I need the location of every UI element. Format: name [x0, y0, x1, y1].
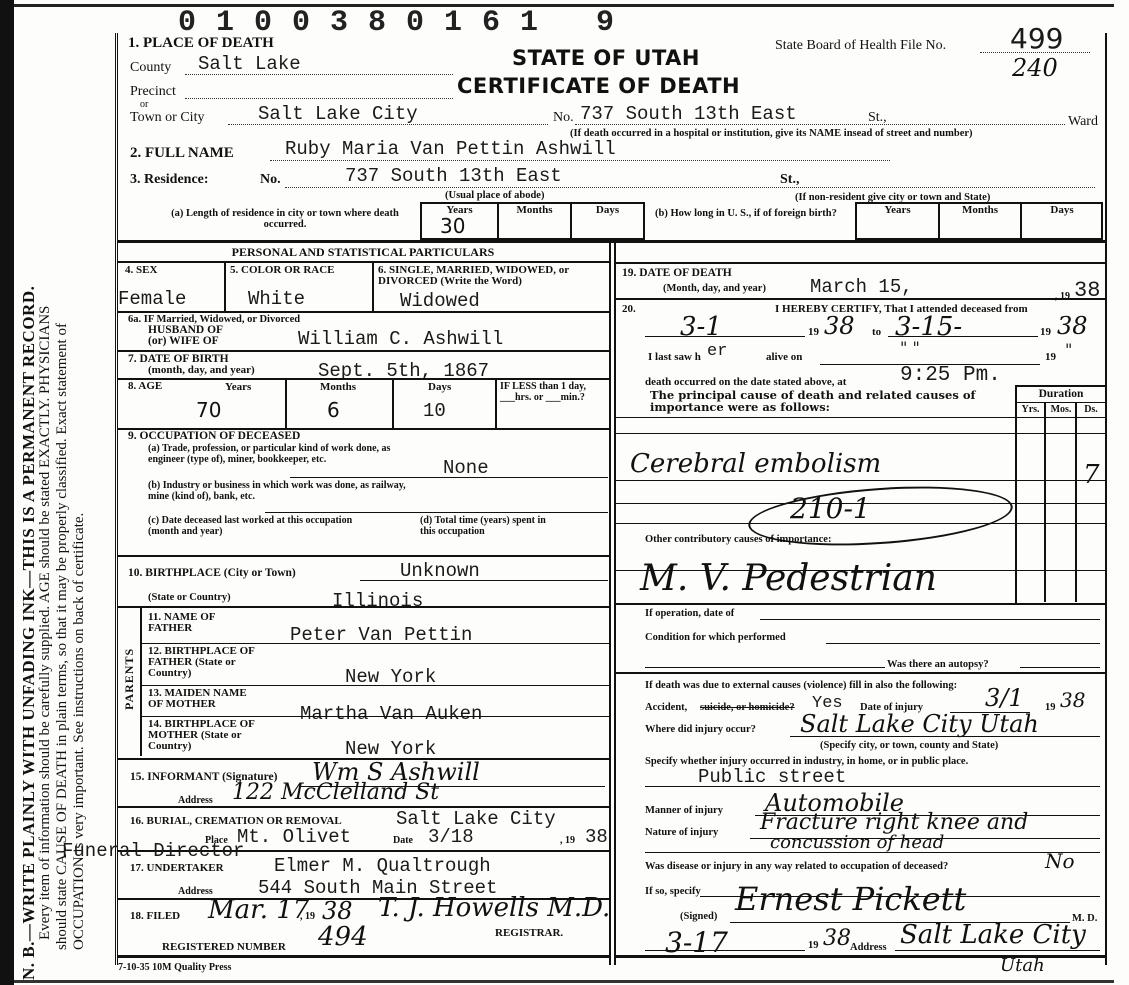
filed-year-prefix: , 19 [300, 911, 315, 922]
occupation-related-value: No [1045, 849, 1075, 873]
birthplace-label: 10. BIRTHPLACE (City or Town) [128, 568, 296, 579]
print-info: 7-10-35 10M Quality Press [118, 962, 231, 973]
duration-header: Duration [1017, 388, 1105, 400]
death-date: March 15, [810, 276, 913, 298]
reg-number: 494 [318, 922, 368, 952]
accident-label: Accident, [645, 702, 687, 713]
rule [790, 736, 1100, 737]
us-days-header: Days [1022, 204, 1102, 216]
from-year: 38 [824, 312, 855, 340]
mother-label: 13. MAIDEN NAME OF MOTHER [148, 688, 258, 710]
father-bp-label: 12. BIRTHPLACE OF FATHER (State or Count… [148, 646, 278, 679]
margin-instructions: N. B.—WRITE PLAINLY WITH UNFADING INK—TH… [20, 20, 110, 980]
rule [888, 336, 1038, 337]
last-saw-suffix: er [707, 342, 727, 361]
full-name-label: 2. FULL NAME [130, 145, 234, 162]
margin-line-1: N. B.—WRITE PLAINLY WITH UNFADING INK—TH… [19, 286, 38, 980]
father-label: 11. NAME OF FATHER [148, 612, 228, 634]
length-months-header: Months [499, 204, 570, 216]
county-label: County [130, 60, 171, 76]
manner-label: Manner of injury [645, 805, 723, 816]
margin-line-2: Every item of information should be care… [37, 20, 54, 980]
marital-value: Widowed [400, 290, 480, 312]
file-no-label: State Board of Health File No. [775, 38, 946, 54]
time-value: 9:25 Pm. [900, 364, 1001, 387]
rule [140, 685, 609, 686]
physician-address-2: Utah [1000, 955, 1045, 976]
alive-year-prefix: 19 [1045, 352, 1056, 363]
length-years-value: 30 [440, 214, 465, 238]
physician-address-label: Address [850, 942, 887, 953]
divider [1075, 402, 1077, 602]
rule [614, 480, 1105, 481]
dob-label-2: (month, day, and year) [148, 365, 255, 376]
parents-label: PARENTS [122, 648, 137, 710]
spouse-label-3: (or) WIFE OF [148, 336, 219, 347]
residence-line [285, 187, 1095, 188]
place-of-death-label: 1. PLACE OF DEATH [128, 35, 274, 52]
death-certificate: N. B.—WRITE PLAINLY WITH UNFADING INK—TH… [0, 0, 1129, 985]
divider [372, 261, 374, 311]
specify-place-value: Public street [698, 766, 846, 788]
duration-years-header: Yrs. [1017, 404, 1044, 415]
sex-label: 4. SEX [125, 265, 157, 276]
registrar-signature: T. J. Howells M.D. [378, 893, 610, 923]
margin-line-3: should state CAUSE OF DEATH in plain ter… [54, 20, 71, 980]
alive-on-value: " " [900, 338, 920, 357]
sign-year-prefix: 19 [808, 940, 819, 951]
filed-label: 18. FILED [130, 911, 180, 922]
length-days-header: Days [572, 204, 643, 216]
death-num-label: 19. DATE OF DEATH [622, 268, 732, 279]
us-residence-label: (b) How long in U. S., if of foreign bir… [655, 208, 855, 219]
mother-bp-label: 14. BIRTHPLACE OF MOTHER (State or Count… [148, 719, 278, 752]
occupation-d-label: (d) Total time (years) spent in this occ… [420, 515, 560, 537]
occupation-c-label: (c) Date deceased last worked at this oc… [148, 515, 378, 537]
operation-label: If operation, date of [645, 608, 734, 619]
suicide-homicide-struck: suicide, or homicide? [700, 702, 795, 713]
full-name-line [270, 160, 890, 161]
rule [117, 378, 609, 380]
occupation-related-label: Was disease or injury in any way related… [645, 861, 948, 872]
condition-label: Condition for which performed [645, 632, 786, 643]
other-cause-value: M. V. Pedestrian [640, 558, 937, 599]
rule [1015, 402, 1105, 403]
birthplace-state: Illinois [332, 590, 423, 612]
rule [290, 477, 608, 478]
residence-st-label: St., [780, 172, 799, 188]
rule [140, 716, 609, 717]
town-label: Town or City [130, 110, 204, 126]
occupation-b-label: (b) Industry or business in which work w… [148, 480, 418, 502]
header-divider [117, 240, 1107, 243]
nature-label: Nature of injury [645, 827, 718, 838]
occupation-a-value: None [443, 457, 489, 479]
external-label: If death was due to external causes (vio… [645, 680, 957, 691]
burial-year: 38 [585, 826, 608, 848]
bottom-border [14, 980, 1114, 983]
cause-header: The principal cause of death and related… [650, 389, 1010, 413]
duration-months-header: Mos. [1046, 404, 1076, 415]
to-label: to [872, 327, 881, 338]
burial-location: Salt Lake City [396, 808, 556, 830]
rule [895, 950, 1100, 951]
age-months-value: 6 [327, 398, 340, 422]
precinct-line [185, 98, 453, 99]
rule [117, 555, 609, 557]
rule [117, 955, 609, 958]
race-value: White [248, 288, 305, 310]
death-year-prefix: , 19 [1055, 291, 1070, 302]
marital-label: 6. SINGLE, MARRIED, WIDOWED, or DIVORCED… [378, 265, 608, 287]
cert-num: 20. [622, 304, 636, 315]
full-name-value: Ruby Maria Van Pettin Ashwill [285, 138, 616, 160]
place-street-value: 737 South 13th East [580, 103, 797, 125]
to-year-prefix: 19 [1040, 327, 1051, 338]
where-value: Salt Lake City Utah [800, 710, 1039, 738]
rule [117, 350, 609, 352]
if-so-label: If so, specify [645, 886, 701, 897]
rule [265, 512, 608, 513]
rule [645, 852, 1100, 853]
less-than-label: IF LESS than 1 day, ___hrs. or ___min.? [500, 381, 608, 403]
county-value: Salt Lake [198, 53, 301, 75]
ward-label: Ward [1068, 114, 1098, 130]
autopsy-label: Was there an autopsy? [887, 659, 989, 670]
burial-date: 3/18 [428, 826, 474, 848]
usual-abode-note: (Usual place of abode) [445, 190, 544, 201]
to-year: 38 [1057, 312, 1088, 340]
duration-days-value: 7 [1083, 460, 1100, 490]
time-label: death occurred on the date stated above,… [645, 377, 846, 388]
rule [826, 643, 1100, 644]
personal-header: PERSONAL AND STATISTICAL PARTICULARS [117, 245, 609, 260]
informant-address-label: Address [178, 795, 213, 806]
state-title: STATE OF UTAH [512, 46, 700, 70]
age-months-header: Months [320, 381, 356, 393]
rule [117, 311, 609, 313]
mother-bp-value: New York [345, 738, 436, 760]
rule [360, 580, 608, 581]
rule [614, 672, 1105, 674]
certificate-title: CERTIFICATE OF DEATH [457, 74, 740, 98]
rule [645, 950, 805, 951]
birthplace-city: Unknown [400, 560, 480, 582]
divider [392, 378, 394, 428]
spouse-value: William C. Ashwill [298, 328, 503, 350]
county-line [185, 74, 453, 75]
undertaker-name: Elmer M. Qualtrough [274, 855, 491, 877]
hospital-note: (If death occurred in a hospital or inst… [570, 128, 973, 139]
town-value: Salt Lake City [258, 103, 418, 125]
rule [645, 336, 805, 337]
street-no-label: No. [553, 110, 574, 126]
file-no-primary: 499 [1010, 22, 1063, 55]
injury-date: 3/1 [985, 684, 1024, 712]
race-label: 5. COLOR OR RACE [230, 265, 335, 276]
burial-place: Mt. Olivet [237, 826, 351, 848]
age-days-value: 10 [423, 400, 446, 422]
divider [495, 378, 497, 428]
column-divider [609, 243, 611, 965]
rule [645, 786, 1100, 787]
reg-number-label: REGISTERED NUMBER [162, 942, 286, 953]
file-no-secondary: 240 [1012, 54, 1058, 82]
physician-signature: Ernest Pickett [735, 880, 966, 918]
margin-line-4: OCCUPATION is very important. See instru… [71, 20, 88, 980]
age-days-header: Days [428, 381, 451, 393]
filed-year: 38 [322, 897, 353, 925]
alive-year: " [1065, 340, 1072, 359]
rule [117, 261, 609, 263]
us-months-header: Months [940, 204, 1020, 216]
rule [760, 619, 1100, 620]
occupation-label: 9. OCCUPATION OF DECEASED [128, 431, 300, 442]
town-line [228, 124, 548, 125]
us-years-header: Years [857, 204, 938, 216]
occupation-a-label: (a) Trade, profession, or particular kin… [148, 443, 428, 465]
other-causes-label: Other contributory causes of importance: [645, 534, 831, 545]
or-label: or [140, 99, 148, 110]
rule [614, 298, 1105, 300]
physician-address: Salt Lake City [900, 920, 1086, 950]
undertaker-label: 17. UNDERTAKER [130, 863, 224, 874]
registrar-label: REGISTRAR. [495, 928, 563, 939]
filed-date: Mar. 17 [208, 895, 309, 925]
duration-days-header: Ds. [1077, 404, 1105, 415]
burial-date-label: Date [393, 835, 413, 846]
age-years-value: 70 [196, 398, 221, 422]
where-label: Where did injury occur? [645, 724, 756, 735]
file-no-line [980, 52, 1090, 53]
where-note: (Specify city, or town, county and State… [820, 740, 998, 751]
residence-no-label: No. [260, 172, 281, 188]
signed-label: (Signed) [680, 911, 717, 922]
burial-year-prefix: , 19 [560, 835, 575, 846]
from-year-prefix: 19 [808, 327, 819, 338]
right-border [1105, 33, 1107, 965]
rule [614, 603, 1105, 605]
precinct-label: Precinct [130, 84, 176, 100]
divider [1044, 402, 1046, 602]
rule [645, 667, 885, 668]
sex-value: Female [118, 288, 186, 310]
rule [614, 433, 1105, 434]
place-street-line [575, 124, 1065, 125]
parents-divider [140, 606, 142, 756]
length-residence-label: (a) Length of residence in city or town … [155, 208, 415, 230]
sign-year: 38 [823, 926, 851, 951]
mother-value: Martha Van Auken [300, 703, 482, 725]
injury-year-prefix: 19 [1045, 702, 1056, 713]
scan-edge [0, 0, 14, 985]
birthplace-state-label: (State or Country) [148, 592, 231, 603]
age-label: 8. AGE [128, 381, 162, 392]
rule [140, 643, 609, 644]
rule [614, 262, 1105, 264]
death-sublabel: (Month, day, and year) [663, 283, 766, 294]
cause-code: 210-1 [790, 492, 871, 525]
last-saw-label: I last saw h [648, 352, 701, 363]
age-years-header: Years [225, 381, 251, 393]
rule [614, 523, 1105, 524]
injury-year: 38 [1060, 688, 1085, 712]
residence-value: 737 South 13th East [345, 165, 562, 187]
divider [224, 261, 226, 311]
rule [1020, 667, 1100, 668]
attended-from: 3-1 [680, 312, 722, 342]
divider [285, 378, 287, 428]
nature-value-2: concussion of head [770, 832, 944, 853]
cause-primary: Cerebral embolism [630, 449, 881, 479]
rule [614, 417, 1105, 418]
rule [117, 606, 609, 608]
alive-on-label: alive on [766, 352, 802, 363]
residence-label: 3. Residence: [130, 172, 209, 188]
informant-address: 122 McClelland St [232, 780, 439, 805]
funeral-director-overtype: Funeral Director [62, 840, 244, 862]
